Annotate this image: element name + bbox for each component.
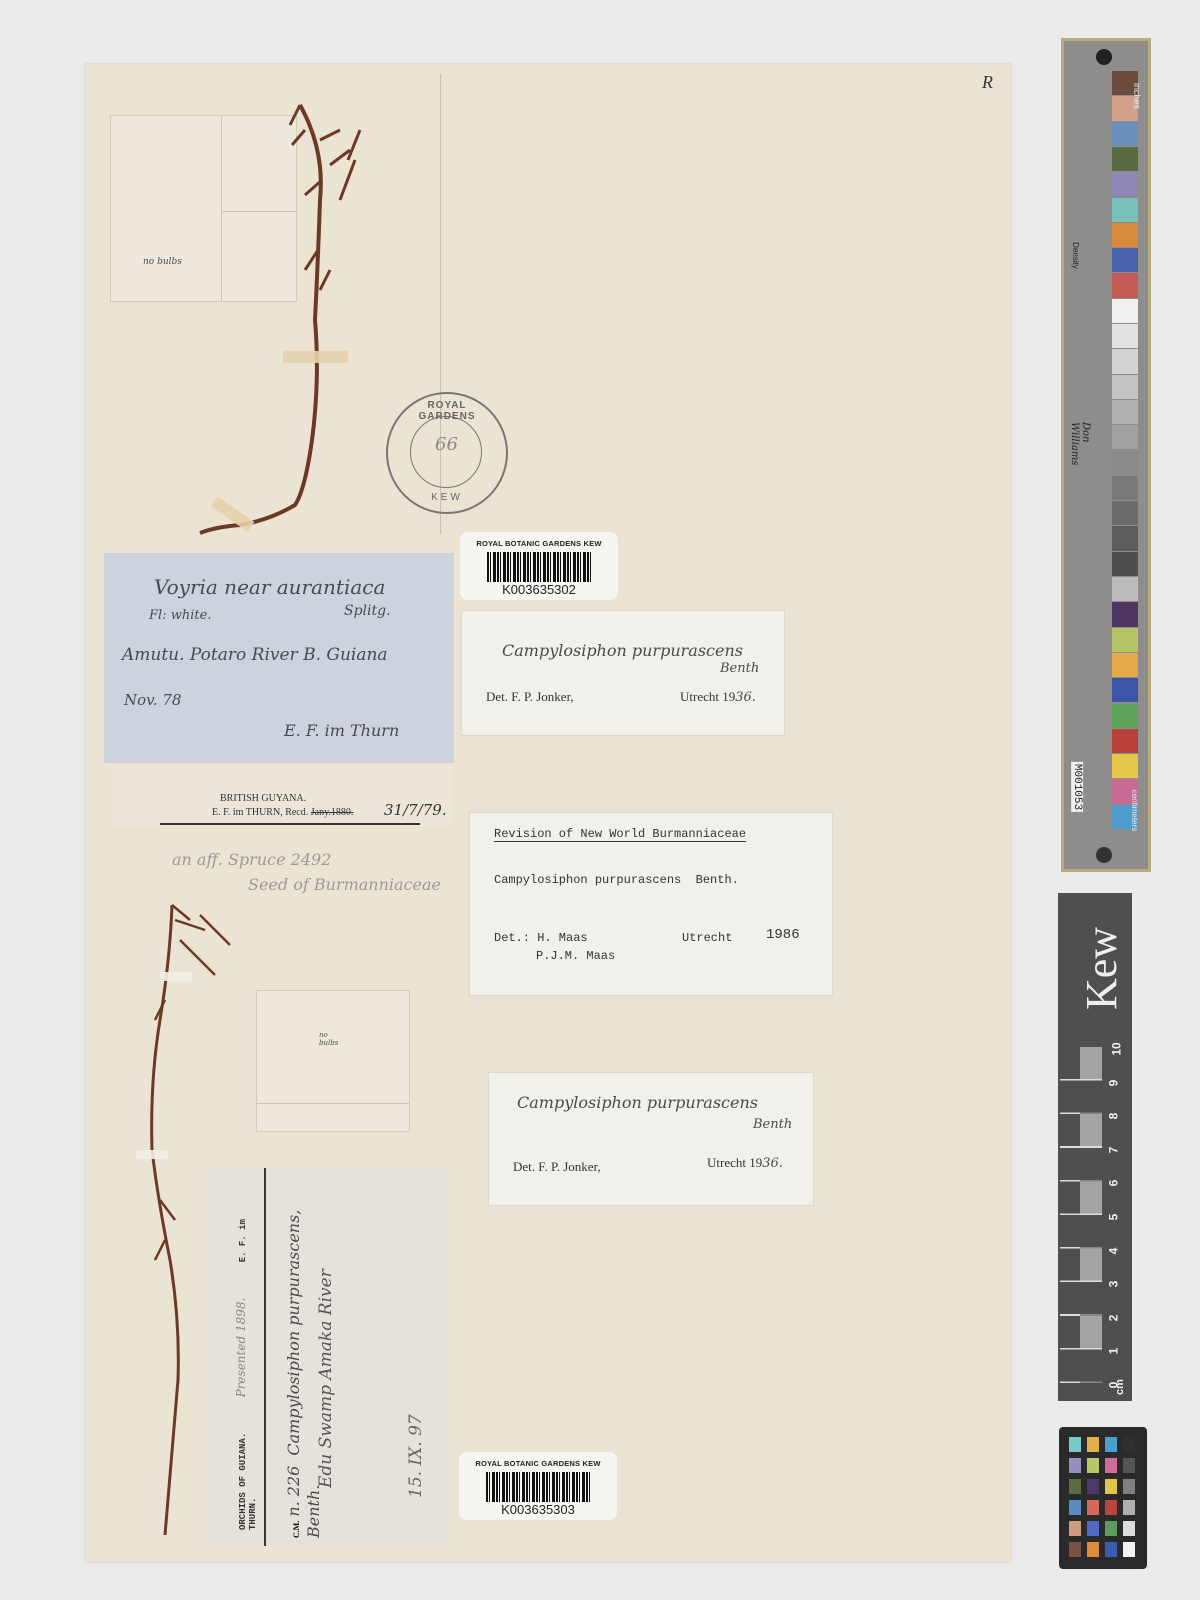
orchids-of-guiana-label: ORCHIDS OF GUIANA. Presented 1898. E. F.…	[206, 1168, 450, 1546]
color-checker-cell	[1123, 1458, 1135, 1473]
color-swatch	[1112, 223, 1138, 247]
color-swatch	[1112, 299, 1138, 323]
seed-packet-top: no bulbs	[110, 115, 297, 302]
pencil-annotation: an aff. Spruce 2492 Seed of Burmanniacea…	[172, 850, 441, 894]
color-checker-cell	[1087, 1479, 1099, 1494]
color-checker-cell	[1087, 1521, 1099, 1536]
color-checker-cell	[1123, 1437, 1135, 1452]
color-swatch	[1112, 400, 1138, 424]
scale-tick-label: 8	[1106, 1113, 1120, 1120]
color-swatch	[1112, 729, 1138, 753]
color-swatch	[1112, 678, 1138, 702]
color-swatch	[1112, 349, 1138, 373]
color-swatch	[1112, 451, 1138, 475]
barcode	[487, 552, 591, 582]
scale-tick-label: 5	[1106, 1214, 1120, 1221]
determination-slip-maas: Revision of New World Burmanniaceae Camp…	[469, 812, 833, 996]
color-swatch	[1112, 425, 1138, 449]
color-swatch	[1112, 273, 1138, 297]
color-checker-cell	[1069, 1521, 1081, 1536]
packet-note: no bulbs	[143, 256, 183, 268]
color-swatch	[1112, 552, 1138, 576]
barcode-label-top: ROYAL BOTANIC GARDENS KEW K003635302	[460, 532, 618, 600]
color-checker-cell	[1069, 1479, 1081, 1494]
scale-tick-label: 9	[1106, 1079, 1120, 1086]
color-checker-cell	[1123, 1542, 1135, 1557]
color-swatch	[1112, 653, 1138, 677]
color-swatch	[1112, 172, 1138, 196]
specimen-plant-bottom	[0, 0, 1, 1]
determination-slip-jonker-2: Campylosiphon purpurascens Benth Det. F.…	[488, 1072, 814, 1206]
color-swatch	[1112, 122, 1138, 146]
color-checker-cell	[1105, 1542, 1117, 1557]
color-checker-cell	[1105, 1521, 1117, 1536]
scale-tick-label: 1	[1106, 1348, 1120, 1355]
scale-tick-label: 3	[1106, 1281, 1120, 1288]
catalog-number: K003635303	[459, 1502, 617, 1517]
packet-note: no bulbs	[319, 1031, 343, 1047]
scale-tick-label: 7	[1106, 1146, 1120, 1153]
tape-strip	[283, 351, 348, 363]
tape-strip	[136, 1150, 168, 1159]
color-checker-cell	[1069, 1437, 1081, 1452]
barcode	[486, 1472, 590, 1502]
color-swatch	[1112, 577, 1138, 601]
kew-scale-bar: Kew copyright reserved cm 012345678910	[1058, 893, 1132, 1401]
color-swatch	[1112, 248, 1138, 272]
determination-slip-jonker-1: Campylosiphon purpurascens Benth Det. F.…	[461, 610, 785, 736]
color-checker-cell	[1087, 1437, 1099, 1452]
color-checker-cell	[1069, 1458, 1081, 1473]
color-swatch	[1112, 526, 1138, 550]
color-swatch	[1112, 324, 1138, 348]
color-checker-cell	[1105, 1437, 1117, 1452]
scale-tick-label: 0	[1106, 1382, 1120, 1389]
color-swatch	[1112, 198, 1138, 222]
color-calibration-ruler: inches Density Don Williams M001053 cent…	[1061, 38, 1151, 872]
color-checker-cell	[1087, 1542, 1099, 1557]
color-swatch	[1112, 147, 1138, 171]
color-checker-cell	[1069, 1500, 1081, 1515]
color-checker-cell	[1123, 1521, 1135, 1536]
british-guyana-label: BRITISH GUYANA. E. F. im THURN, Recd. Ja…	[112, 765, 452, 827]
color-checker-cell	[1069, 1542, 1081, 1557]
scale-tick-label: 2	[1106, 1314, 1120, 1321]
color-swatch	[1112, 501, 1138, 525]
color-checker-cell	[1123, 1500, 1135, 1515]
corner-mark: R	[982, 72, 993, 93]
color-swatch	[1112, 375, 1138, 399]
collector-label-blue: Voyria near aurantiaca Splitg. Fl: white…	[104, 553, 454, 763]
catalog-number: K003635302	[460, 582, 618, 597]
color-checker-card	[1059, 1427, 1147, 1569]
color-checker-cell	[1087, 1458, 1099, 1473]
color-checker-cell	[1087, 1500, 1099, 1515]
color-checker-cell	[1105, 1500, 1117, 1515]
color-checker-cell	[1105, 1458, 1117, 1473]
color-swatch	[1112, 602, 1138, 626]
color-swatch	[1112, 476, 1138, 500]
mount-hole	[1096, 847, 1112, 863]
scale-tick-label: 10	[1110, 1042, 1124, 1055]
mount-hole	[1096, 49, 1112, 65]
color-swatch	[1112, 704, 1138, 728]
scale-tick-label: 4	[1106, 1247, 1120, 1254]
kew-logo: Kew	[1076, 927, 1127, 1010]
color-swatch	[1112, 754, 1138, 778]
catalog-id-label: M001053	[1071, 762, 1083, 812]
scale-tick-label: 6	[1106, 1180, 1120, 1187]
barcode-label-bottom: ROYAL BOTANIC GARDENS KEW K003635303	[459, 1452, 617, 1520]
royal-gardens-kew-stamp: ROYAL GARDENS 66 KEW	[386, 392, 508, 514]
color-swatch	[1112, 628, 1138, 652]
color-checker-cell	[1123, 1479, 1135, 1494]
tape-strip	[160, 972, 192, 981]
seed-packet-bottom: no bulbs	[256, 990, 410, 1132]
color-checker-cell	[1105, 1479, 1117, 1494]
